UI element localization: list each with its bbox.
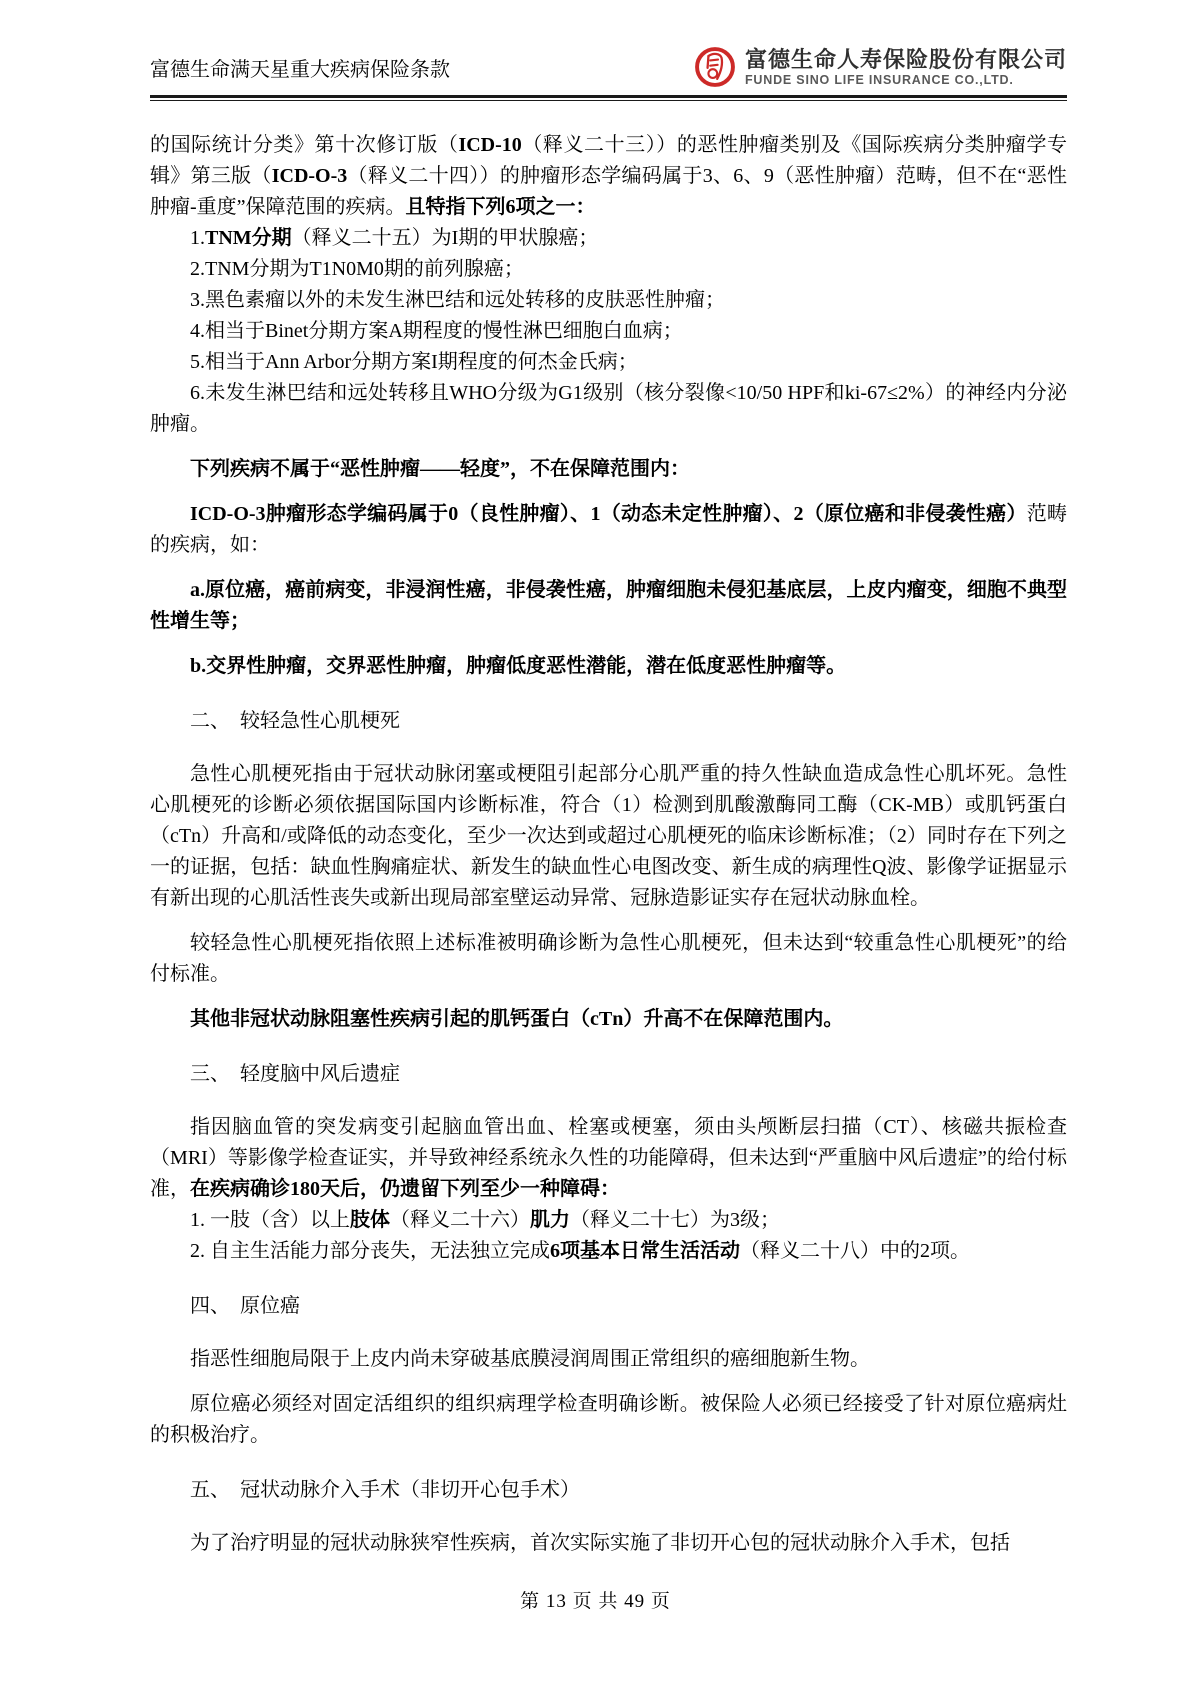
paragraph: ICD-O-3肿瘤形态学编码属于0（良性肿瘤）、1（动态未定性肿瘤）、2（原位癌… [150, 499, 1067, 561]
text-run-bold: b.交界性肿瘤，交界恶性肿瘤，肿瘤低度恶性潜能，潜在低度恶性肿瘤等。 [190, 655, 846, 677]
text-run-bold: TNM分期 [205, 227, 292, 249]
page-header: 富德生命满天星重大疾病保险条款 富德生命人寿保险股份有限公司 FUNDE SIN… [150, 46, 1067, 101]
text-run: 急性心肌梗死指由于冠状动脉闭塞或梗阻引起部分心肌严重的持久性缺血造成急性心肌坏死… [150, 763, 1067, 909]
text-run: 原位癌必须经对固定活组织的组织病理学检查明确诊断。被保险人必须已经接受了针对原位… [150, 1393, 1067, 1446]
text-run: 四、 原位癌 [190, 1295, 300, 1317]
section-heading: 三、 轻度脑中风后遗症 [150, 1059, 1067, 1090]
text-run-bold: 下列疾病不属于“恶性肿瘤——轻度”，不在保障范围内： [190, 458, 690, 480]
page-number: 第 13 页 共 49 页 [520, 1591, 671, 1612]
text-run-bold: 6项基本日常生活活动 [550, 1240, 740, 1262]
paragraph: 原位癌必须经对固定活组织的组织病理学检查明确诊断。被保险人必须已经接受了针对原位… [150, 1389, 1067, 1451]
company-name-en: FUNDE SINO LIFE INSURANCE CO.,LTD. [745, 73, 1067, 88]
paragraph: a.原位癌，癌前病变，非浸润性癌，非侵袭性癌，肿瘤细胞未侵犯基底层，上皮内瘤变，… [150, 575, 1067, 637]
text-run-bold: 肌力 [530, 1209, 570, 1231]
text-run-bold: ICD-O-3 [272, 165, 348, 187]
paragraph: 下列疾病不属于“恶性肿瘤——轻度”，不在保障范围内： [150, 454, 1067, 485]
paragraph: 指因脑血管的突发病变引起脑血管出血、栓塞或梗塞，须由头颅断层扫描（CT）、核磁共… [150, 1112, 1067, 1205]
text-run: 二、 较轻急性心肌梗死 [190, 710, 400, 732]
text-run: 指恶性细胞局限于上皮内尚未穿破基底膜浸润周围正常组织的癌细胞新生物。 [190, 1348, 870, 1370]
document-body: 的国际统计分类》第十次修订版（ICD-10（释义二十三））的恶性肿瘤类别及《国际… [150, 130, 1067, 1559]
text-run: （释义二十八）中的2项。 [740, 1240, 970, 1262]
paragraph: 的国际统计分类》第十次修订版（ICD-10（释义二十三））的恶性肿瘤类别及《国际… [150, 130, 1067, 223]
list-item: 3.黑色素瘤以外的未发生淋巴结和远处转移的皮肤恶性肿瘤； [150, 285, 1067, 316]
company-logo-icon [694, 46, 736, 88]
list-item: 1.TNM分期（释义二十五）为I期的甲状腺癌； [150, 223, 1067, 254]
text-run: 4.相当于Binet分期方案A期程度的慢性淋巴细胞白血病； [190, 320, 683, 342]
page-footer: 第 13 页 共 49 页 [0, 1586, 1191, 1613]
document-title: 富德生命满天星重大疾病保险条款 [150, 58, 450, 90]
document-page: 富德生命满天星重大疾病保险条款 富德生命人寿保险股份有限公司 FUNDE SIN… [0, 0, 1191, 1684]
list-item: 2. 自主生活能力部分丧失，无法独立完成6项基本日常生活活动（释义二十八）中的2… [150, 1236, 1067, 1267]
text-run: 3.黑色素瘤以外的未发生淋巴结和远处转移的皮肤恶性肿瘤； [190, 289, 725, 311]
text-run: （释义二十六） [390, 1209, 530, 1231]
paragraph: 为了治疗明显的冠状动脉狭窄性疾病，首次实际实施了非切开心包的冠状动脉介入手术，包… [150, 1528, 1067, 1559]
text-run: （释义二十七）为3级； [570, 1209, 780, 1231]
section-heading: 四、 原位癌 [150, 1291, 1067, 1322]
list-item: 4.相当于Binet分期方案A期程度的慢性淋巴细胞白血病； [150, 316, 1067, 347]
text-run: 1. 一肢（含）以上 [190, 1209, 350, 1231]
text-run: 三、 轻度脑中风后遗症 [190, 1063, 400, 1085]
list-item: 5.相当于Ann Arbor分期方案I期程度的何杰金氏病； [150, 347, 1067, 378]
company-brand: 富德生命人寿保险股份有限公司 FUNDE SINO LIFE INSURANCE… [694, 46, 1067, 90]
section-heading: 二、 较轻急性心肌梗死 [150, 706, 1067, 737]
text-run: （释义二十五）为I期的甲状腺癌； [292, 227, 599, 249]
text-run-bold: a.原位癌，癌前病变，非浸润性癌，非侵袭性癌，肿瘤细胞未侵犯基底层，上皮内瘤变，… [150, 579, 1067, 632]
section-heading: 五、 冠状动脉介入手术（非切开心包手术） [150, 1475, 1067, 1506]
paragraph: b.交界性肿瘤，交界恶性肿瘤，肿瘤低度恶性潜能，潜在低度恶性肿瘤等。 [150, 651, 1067, 682]
text-run: 2.TNM分期为T1N0M0期的前列腺癌； [190, 258, 524, 280]
paragraph: 其他非冠状动脉阻塞性疾病引起的肌钙蛋白（cTn）升高不在保障范围内。 [150, 1004, 1067, 1035]
text-run: 5.相当于Ann Arbor分期方案I期程度的何杰金氏病； [190, 351, 638, 373]
text-run: 的国际统计分类》第十次修订版（ [150, 134, 458, 156]
list-item: 2.TNM分期为T1N0M0期的前列腺癌； [150, 254, 1067, 285]
paragraph: 急性心肌梗死指由于冠状动脉闭塞或梗阻引起部分心肌严重的持久性缺血造成急性心肌坏死… [150, 759, 1067, 914]
text-run-bold: 肢体 [350, 1209, 390, 1231]
text-run-bold: 且特指下列6项之一： [406, 196, 596, 218]
text-run: 较轻急性心肌梗死指依照上述标准被明确诊断为急性心肌梗死，但未达到“较重急性心肌梗… [150, 932, 1067, 985]
text-run-bold: 在疾病确诊180天后，仍遗留下列至少一种障碍： [190, 1178, 620, 1200]
text-run-bold: ICD-10 [458, 134, 521, 156]
text-run: 2. 自主生活能力部分丧失，无法独立完成 [190, 1240, 550, 1262]
company-name-cn: 富德生命人寿保险股份有限公司 [745, 47, 1067, 73]
paragraph: 较轻急性心肌梗死指依照上述标准被明确诊断为急性心肌梗死，但未达到“较重急性心肌梗… [150, 928, 1067, 990]
list-item: 6.未发生淋巴结和远处转移且WHO分级为G1级别（核分裂像<10/50 HPF和… [150, 378, 1067, 440]
text-run: 1. [190, 227, 205, 249]
text-run: 为了治疗明显的冠状动脉狭窄性疾病，首次实际实施了非切开心包的冠状动脉介入手术，包… [190, 1532, 1010, 1554]
text-run-bold: 其他非冠状动脉阻塞性疾病引起的肌钙蛋白（cTn）升高不在保障范围内。 [190, 1008, 843, 1030]
company-name-block: 富德生命人寿保险股份有限公司 FUNDE SINO LIFE INSURANCE… [745, 47, 1067, 88]
text-run: 6.未发生淋巴结和远处转移且WHO分级为G1级别（核分裂像<10/50 HPF和… [150, 382, 1067, 435]
text-run-bold: ICD-O-3肿瘤形态学编码属于0（良性肿瘤）、1（动态未定性肿瘤）、2（原位癌… [190, 503, 1027, 525]
text-run: 五、 冠状动脉介入手术（非切开心包手术） [190, 1479, 580, 1501]
header-divider [150, 95, 1067, 101]
paragraph: 指恶性细胞局限于上皮内尚未穿破基底膜浸润周围正常组织的癌细胞新生物。 [150, 1344, 1067, 1375]
list-item: 1. 一肢（含）以上肢体（释义二十六）肌力（释义二十七）为3级； [150, 1205, 1067, 1236]
